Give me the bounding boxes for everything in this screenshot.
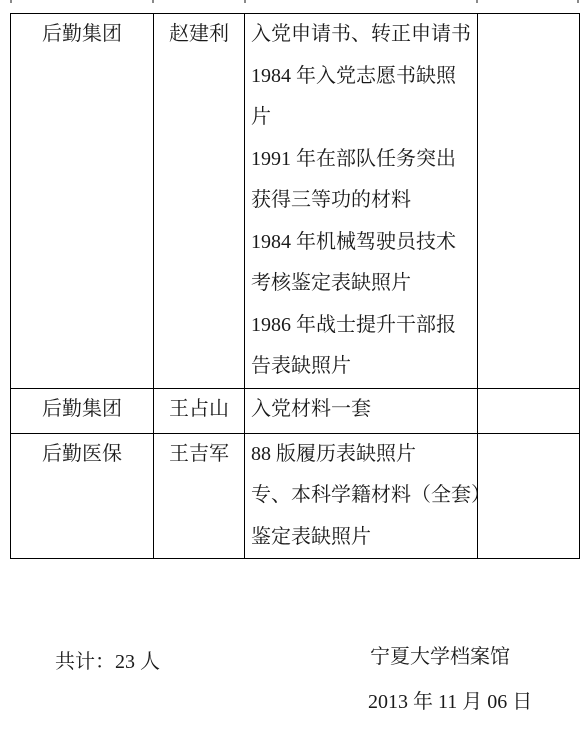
material-line: 1984 年机械驾驶员技术 [251, 222, 473, 264]
organization-name: 宁夏大学档案馆 [370, 645, 510, 669]
materials-cell: 入党申请书、转正申请书1984 年入党志愿书缺照片1991 年在部队任务突出获得… [245, 14, 478, 389]
table-row: 后勤集团王占山入党材料一套 [11, 388, 580, 433]
border-remnant-tick [10, 0, 12, 3]
material-line: 专、本科学籍材料（全套） [251, 475, 473, 517]
border-remnant-tick [476, 0, 478, 3]
material-line: 88 版履历表缺照片 [251, 434, 473, 476]
materials-cell: 入党材料一套 [245, 388, 478, 433]
department-cell: 后勤医保 [11, 433, 154, 559]
material-line: 考核鉴定表缺照片 [251, 263, 473, 305]
materials-cell: 88 版履历表缺照片专、本科学籍材料（全套）鉴定表缺照片 [245, 433, 478, 559]
material-line: 告表缺照片 [251, 346, 473, 388]
material-line: 鉴定表缺照片 [251, 517, 473, 559]
table-row: 后勤集团赵建利入党申请书、转正申请书1984 年入党志愿书缺照片1991 年在部… [11, 14, 580, 389]
material-line: 1986 年战士提升干部报 [251, 305, 473, 347]
border-remnant-tick [152, 0, 154, 3]
material-line: 1991 年在部队任务突出 [251, 139, 473, 181]
document-page: 后勤集团赵建利入党申请书、转正申请书1984 年入党志愿书缺照片1991 年在部… [0, 0, 588, 747]
person-name-cell: 王吉军 [154, 433, 245, 559]
material-line: 1984 年入党志愿书缺照 [251, 56, 473, 98]
remark-cell [478, 433, 580, 559]
total-count-label: 共计：23 人 [55, 650, 160, 674]
person-name-cell: 赵建利 [154, 14, 245, 389]
border-remnant-tick [244, 0, 246, 3]
material-line: 入党申请书、转正申请书 [251, 14, 473, 56]
border-remnant-tick [577, 0, 579, 3]
archive-missing-materials-table: 后勤集团赵建利入党申请书、转正申请书1984 年入党志愿书缺照片1991 年在部… [10, 13, 580, 559]
table-row: 后勤医保王吉军88 版履历表缺照片专、本科学籍材料（全套）鉴定表缺照片 [11, 433, 580, 559]
remark-cell [478, 14, 580, 389]
material-line: 入党材料一套 [251, 389, 473, 431]
department-cell: 后勤集团 [11, 14, 154, 389]
department-cell: 后勤集团 [11, 388, 154, 433]
material-line: 片 [251, 97, 473, 139]
remark-cell [478, 388, 580, 433]
material-line: 获得三等功的材料 [251, 180, 473, 222]
signature-date: 2013 年 11 月 06 日 [368, 690, 532, 714]
person-name-cell: 王占山 [154, 388, 245, 433]
